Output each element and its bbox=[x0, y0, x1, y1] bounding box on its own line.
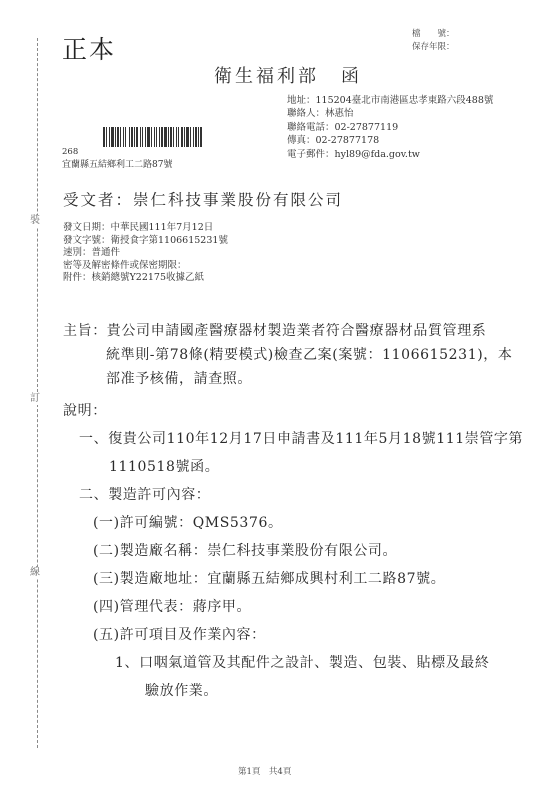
subject-section: 主旨：貴公司申請國產醫療器材製造業者符合醫療器材品質管理系 統準則-第78條(精… bbox=[63, 319, 533, 391]
explanation-section: 說明： 一、復貴公司110年12月17日申請書及111年5月18號111崇管字第… bbox=[63, 397, 543, 705]
recipient: 受文者：崇仁科技事業股份有限公司 bbox=[63, 188, 343, 210]
manufacturer-address: (三)製造廠地址：宜蘭縣五結鄉成興村利工二路87號。 bbox=[63, 565, 543, 593]
manufacturer-name: (二)製造廠名稱：崇仁科技事業股份有限公司。 bbox=[63, 537, 543, 565]
postal-code: 268 bbox=[62, 147, 78, 157]
explanation-heading: 說明： bbox=[63, 397, 543, 425]
binding-mark-zhuang: 裝 bbox=[30, 215, 40, 227]
urgency: 速別：普通件 bbox=[63, 247, 228, 260]
document-meta: 發文日期：中華民國111年7月12日 發文字號：衛授食字第1106615231號… bbox=[63, 222, 228, 285]
contact-email: 電子郵件：hyl89@fda.gov.tw bbox=[287, 148, 493, 161]
original-copy-mark: 正本 bbox=[62, 30, 116, 66]
subject-line-2: 統準則-第78條(精要模式)檢查乙案(案號：1106615231)，本 bbox=[63, 343, 533, 367]
explanation-item-1-line-1: 一、復貴公司110年12月17日申請書及111年5月18號111崇管字第 bbox=[63, 425, 543, 453]
barcode-image bbox=[103, 127, 231, 147]
document-type: 函 bbox=[341, 66, 362, 87]
filing-info: 檔 號： 保存年限： bbox=[412, 28, 455, 54]
explanation-item-1-line-2: 1110518號函。 bbox=[63, 453, 543, 481]
letterhead: 衛生福利部函 bbox=[214, 62, 362, 88]
permit-number: (一)許可編號：QMS5376。 bbox=[63, 509, 543, 537]
classification: 密等及解密條件或保密期限： bbox=[63, 260, 228, 273]
file-number-label: 檔 號： bbox=[412, 28, 455, 41]
permit-scope-item-1-line-1: 1、口咽氣道管及其配件之設計、製造、包裝、貼標及最終 bbox=[63, 649, 543, 677]
contact-phone: 聯絡電話：02-27877119 bbox=[287, 121, 493, 134]
mailing-address: 宜蘭縣五結鄉利工二路87號 bbox=[62, 157, 172, 170]
binding-mark-ding: 訂 bbox=[30, 393, 40, 405]
contact-person: 聯絡人：林惠怡 bbox=[287, 107, 493, 120]
issue-date: 發文日期：中華民國111年7月12日 bbox=[63, 222, 228, 235]
binding-mark-xian: 線 bbox=[30, 567, 40, 579]
page-number: 第1頁 共4頁 bbox=[238, 765, 291, 777]
contact-fax: 傳真：02-27877178 bbox=[287, 134, 493, 147]
permit-scope-heading: (五)許可項目及作業內容： bbox=[63, 621, 543, 649]
issuing-organization: 衛生福利部 bbox=[214, 66, 319, 87]
management-representative: (四)管理代表：蔣序甲。 bbox=[63, 593, 543, 621]
attachment: 附件：核銷總號Y22175收據乙紙 bbox=[63, 272, 228, 285]
subject-line-1: 主旨：貴公司申請國產醫療器材製造業者符合醫療器材品質管理系 bbox=[63, 319, 533, 343]
subject-line-3: 部准予核備，請查照。 bbox=[63, 367, 533, 391]
contact-block: 地址：115204臺北市南港區忠孝東路六段488號 聯絡人：林惠怡 聯絡電話：0… bbox=[287, 94, 493, 161]
issuer-address: 地址：115204臺北市南港區忠孝東路六段488號 bbox=[287, 94, 493, 107]
document-number: 發文字號：衛授食字第1106615231號 bbox=[63, 235, 228, 248]
permit-scope-item-1-line-2: 驗放作業。 bbox=[63, 677, 543, 705]
retention-period-label: 保存年限： bbox=[412, 41, 455, 54]
explanation-item-2-heading: 二、製造許可內容： bbox=[63, 481, 543, 509]
